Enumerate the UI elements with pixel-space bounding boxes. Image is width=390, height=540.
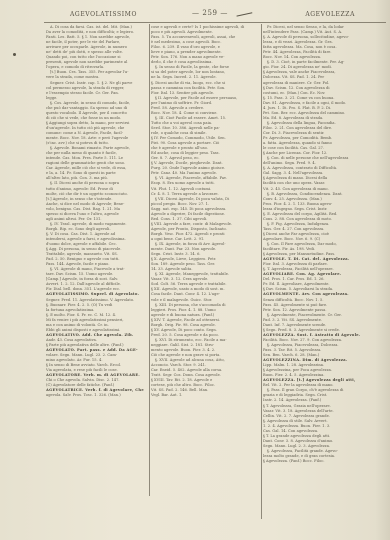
- running-head: AGEVOLATISSIMO — 259 — AGEVOLEZZA: [40, 9, 385, 21]
- column-divider: [149, 24, 150, 496]
- column-middle: cose e agevoli e certe? Is 1 pochissime …: [151, 25, 258, 505]
- binding-hole-mark: [13, 53, 16, 56]
- text-line: Segner. Crist. Instr. cap. 1. § 2. Ne gl…: [46, 81, 147, 86]
- text-line: Segner. Pred. 11. Agevolatissimo. V. Age…: [46, 298, 147, 303]
- column-right: Pr. Dicesi, nel senso Senso, e la, da lo…: [263, 25, 384, 525]
- text-line: Vegl. Bar. Aut. 1.: [151, 393, 258, 398]
- text-line: agevola. Salv. Pros. Tosc. 1. 326. (Man.…: [46, 393, 147, 398]
- column-divider: [261, 24, 262, 519]
- running-head-left: AGEVOLATISSIMO: [70, 11, 137, 18]
- page-edge-shadow: [375, 0, 390, 540]
- text-line: § Agevolezza. (Fanf.) Bocc. Filoc.: [263, 459, 384, 464]
- page-number: — 259 —: [192, 9, 228, 17]
- dictionary-page: AGEVOLATISSIMO — 259 — AGEVOLEZZA A. Di …: [0, 0, 390, 540]
- column-left: A. Di cosa da farsi. Cas. ist. del. Mit.…: [46, 25, 147, 493]
- running-head-right: AGEVOLEZZA: [305, 11, 355, 18]
- entry-headword-line: AGEVOLATISSIMO. Superl. di Agevolato.: [46, 292, 147, 297]
- pen-mark: [236, 8, 253, 16]
- header-rule: [44, 22, 386, 23]
